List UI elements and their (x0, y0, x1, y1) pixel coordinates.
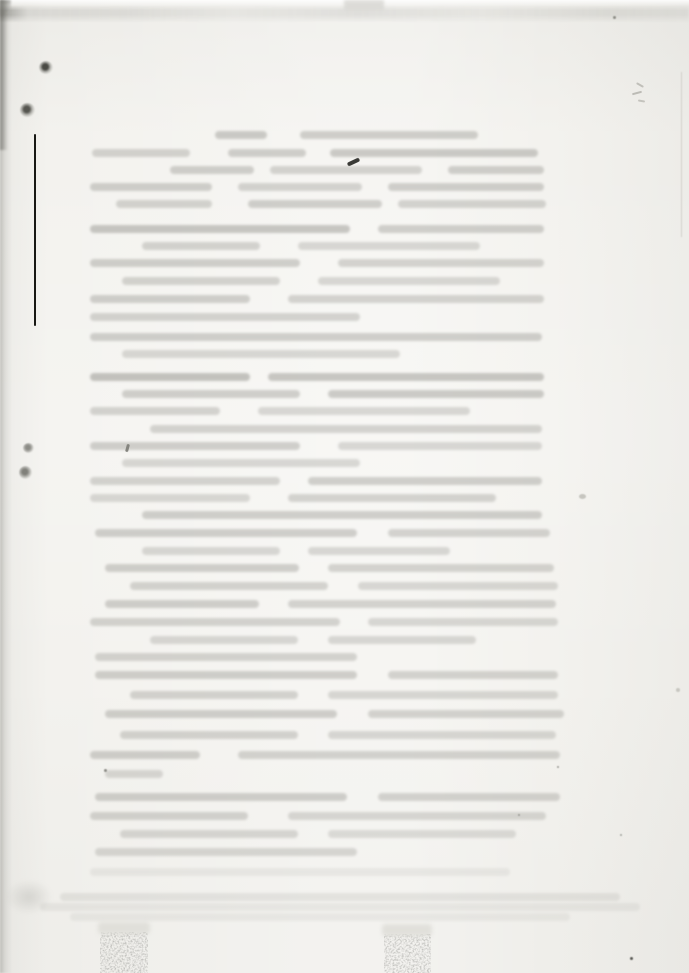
dot-mark (557, 766, 559, 768)
faded-text-line (288, 494, 496, 502)
faded-text-line (388, 671, 558, 679)
faded-text-line (95, 653, 357, 661)
faded-text-line (338, 259, 544, 267)
faded-text-line (150, 636, 298, 644)
faded-text-line (258, 407, 470, 415)
faded-text-line (105, 770, 163, 778)
smudge-halo-left (98, 922, 150, 934)
scanner-smudge-top (344, 0, 384, 10)
faded-text-line (95, 671, 357, 679)
faded-text-line (120, 731, 298, 739)
faded-text-line (248, 200, 382, 208)
smudge-patch-left (100, 932, 148, 973)
faded-text-line (238, 183, 362, 191)
faded-text-line (398, 200, 546, 208)
faded-text-line (95, 529, 357, 537)
page-crease-line (681, 72, 682, 237)
dot-mark (518, 814, 520, 816)
tick-mark (638, 99, 645, 102)
faded-text-line (90, 183, 212, 191)
faded-text-line (318, 277, 500, 285)
faded-text-line (328, 731, 556, 739)
faded-text-line (308, 477, 542, 485)
dot-mark (676, 688, 680, 692)
faded-text-line (368, 618, 558, 626)
faded-text-line (270, 166, 422, 174)
faded-text-line (448, 166, 544, 174)
faded-text-line (90, 442, 300, 450)
smudge-halo-right (382, 924, 432, 936)
faded-text-line (238, 751, 560, 759)
faded-text-line (215, 131, 267, 139)
faded-text-line (130, 582, 328, 590)
faded-text-line (90, 477, 280, 485)
faded-text-line (388, 183, 544, 191)
faded-text-line (90, 751, 200, 759)
faded-text-line (358, 582, 558, 590)
faded-text-line (330, 149, 538, 157)
tick-mark (632, 91, 642, 96)
dot-mark (620, 834, 622, 836)
faded-text-line (122, 390, 300, 398)
faded-text-line (90, 225, 350, 233)
faded-text-line (105, 710, 337, 718)
faded-text-line (90, 812, 248, 820)
paper-shading (0, 0, 689, 973)
dot-mark (613, 16, 616, 19)
faded-text-line (90, 295, 250, 303)
faded-text-line (122, 459, 360, 467)
faded-text-line (328, 564, 554, 572)
faded-text-line (92, 149, 190, 157)
faded-text-line (70, 913, 570, 921)
faded-text-line (90, 313, 360, 321)
faded-text-line (388, 529, 550, 537)
dot-mark (630, 957, 633, 960)
faded-text-line (328, 636, 476, 644)
faded-text-line (288, 812, 546, 820)
faded-text-line (300, 131, 478, 139)
faded-text-line (90, 868, 510, 876)
faded-text-line (288, 295, 544, 303)
faded-text-line (90, 333, 542, 341)
faded-text-line (142, 547, 280, 555)
faded-text-line (90, 373, 250, 381)
faded-text-line (90, 259, 300, 267)
faded-text-line (95, 793, 347, 801)
faded-text-line (105, 600, 259, 608)
faded-text-line (95, 848, 357, 856)
faded-text-line (130, 691, 298, 699)
faded-text-line (122, 350, 400, 358)
faded-text-line (268, 373, 544, 381)
blot-mark (23, 443, 34, 453)
faded-text-line (328, 691, 558, 699)
faded-text-line (298, 242, 480, 250)
faded-text-line (142, 242, 260, 250)
faded-text-line (288, 600, 556, 608)
faded-text-line (150, 425, 542, 433)
faded-text-line (90, 407, 220, 415)
faded-text-line (378, 793, 560, 801)
faded-text-line (338, 442, 542, 450)
dot-mark (104, 769, 107, 772)
faded-text-line (142, 511, 542, 519)
smudge-patch-right (384, 934, 431, 973)
blot-mark (19, 466, 32, 479)
margin-line (34, 134, 36, 326)
blot-mark (39, 61, 53, 74)
faded-text-line (40, 903, 640, 911)
faded-text-line (378, 225, 544, 233)
tick-mark (636, 82, 644, 88)
faded-text-line (328, 390, 544, 398)
faded-text-line (368, 710, 564, 718)
faded-text-line (120, 830, 298, 838)
faded-text-line (228, 149, 306, 157)
faded-text-line (328, 830, 516, 838)
faded-text-line (90, 494, 250, 502)
faded-text-line (308, 547, 450, 555)
faded-text-line (116, 200, 212, 208)
faded-text-line (60, 893, 620, 901)
faded-text-line (170, 166, 254, 174)
scanned-page (0, 0, 689, 973)
faded-text-line (105, 564, 299, 572)
faded-text-line (90, 618, 340, 626)
faded-text-line (122, 277, 280, 285)
dot-mark (579, 494, 586, 499)
scan-edge-left-top (0, 0, 9, 150)
corner-mark (0, 0, 11, 16)
blot-mark (20, 103, 35, 117)
